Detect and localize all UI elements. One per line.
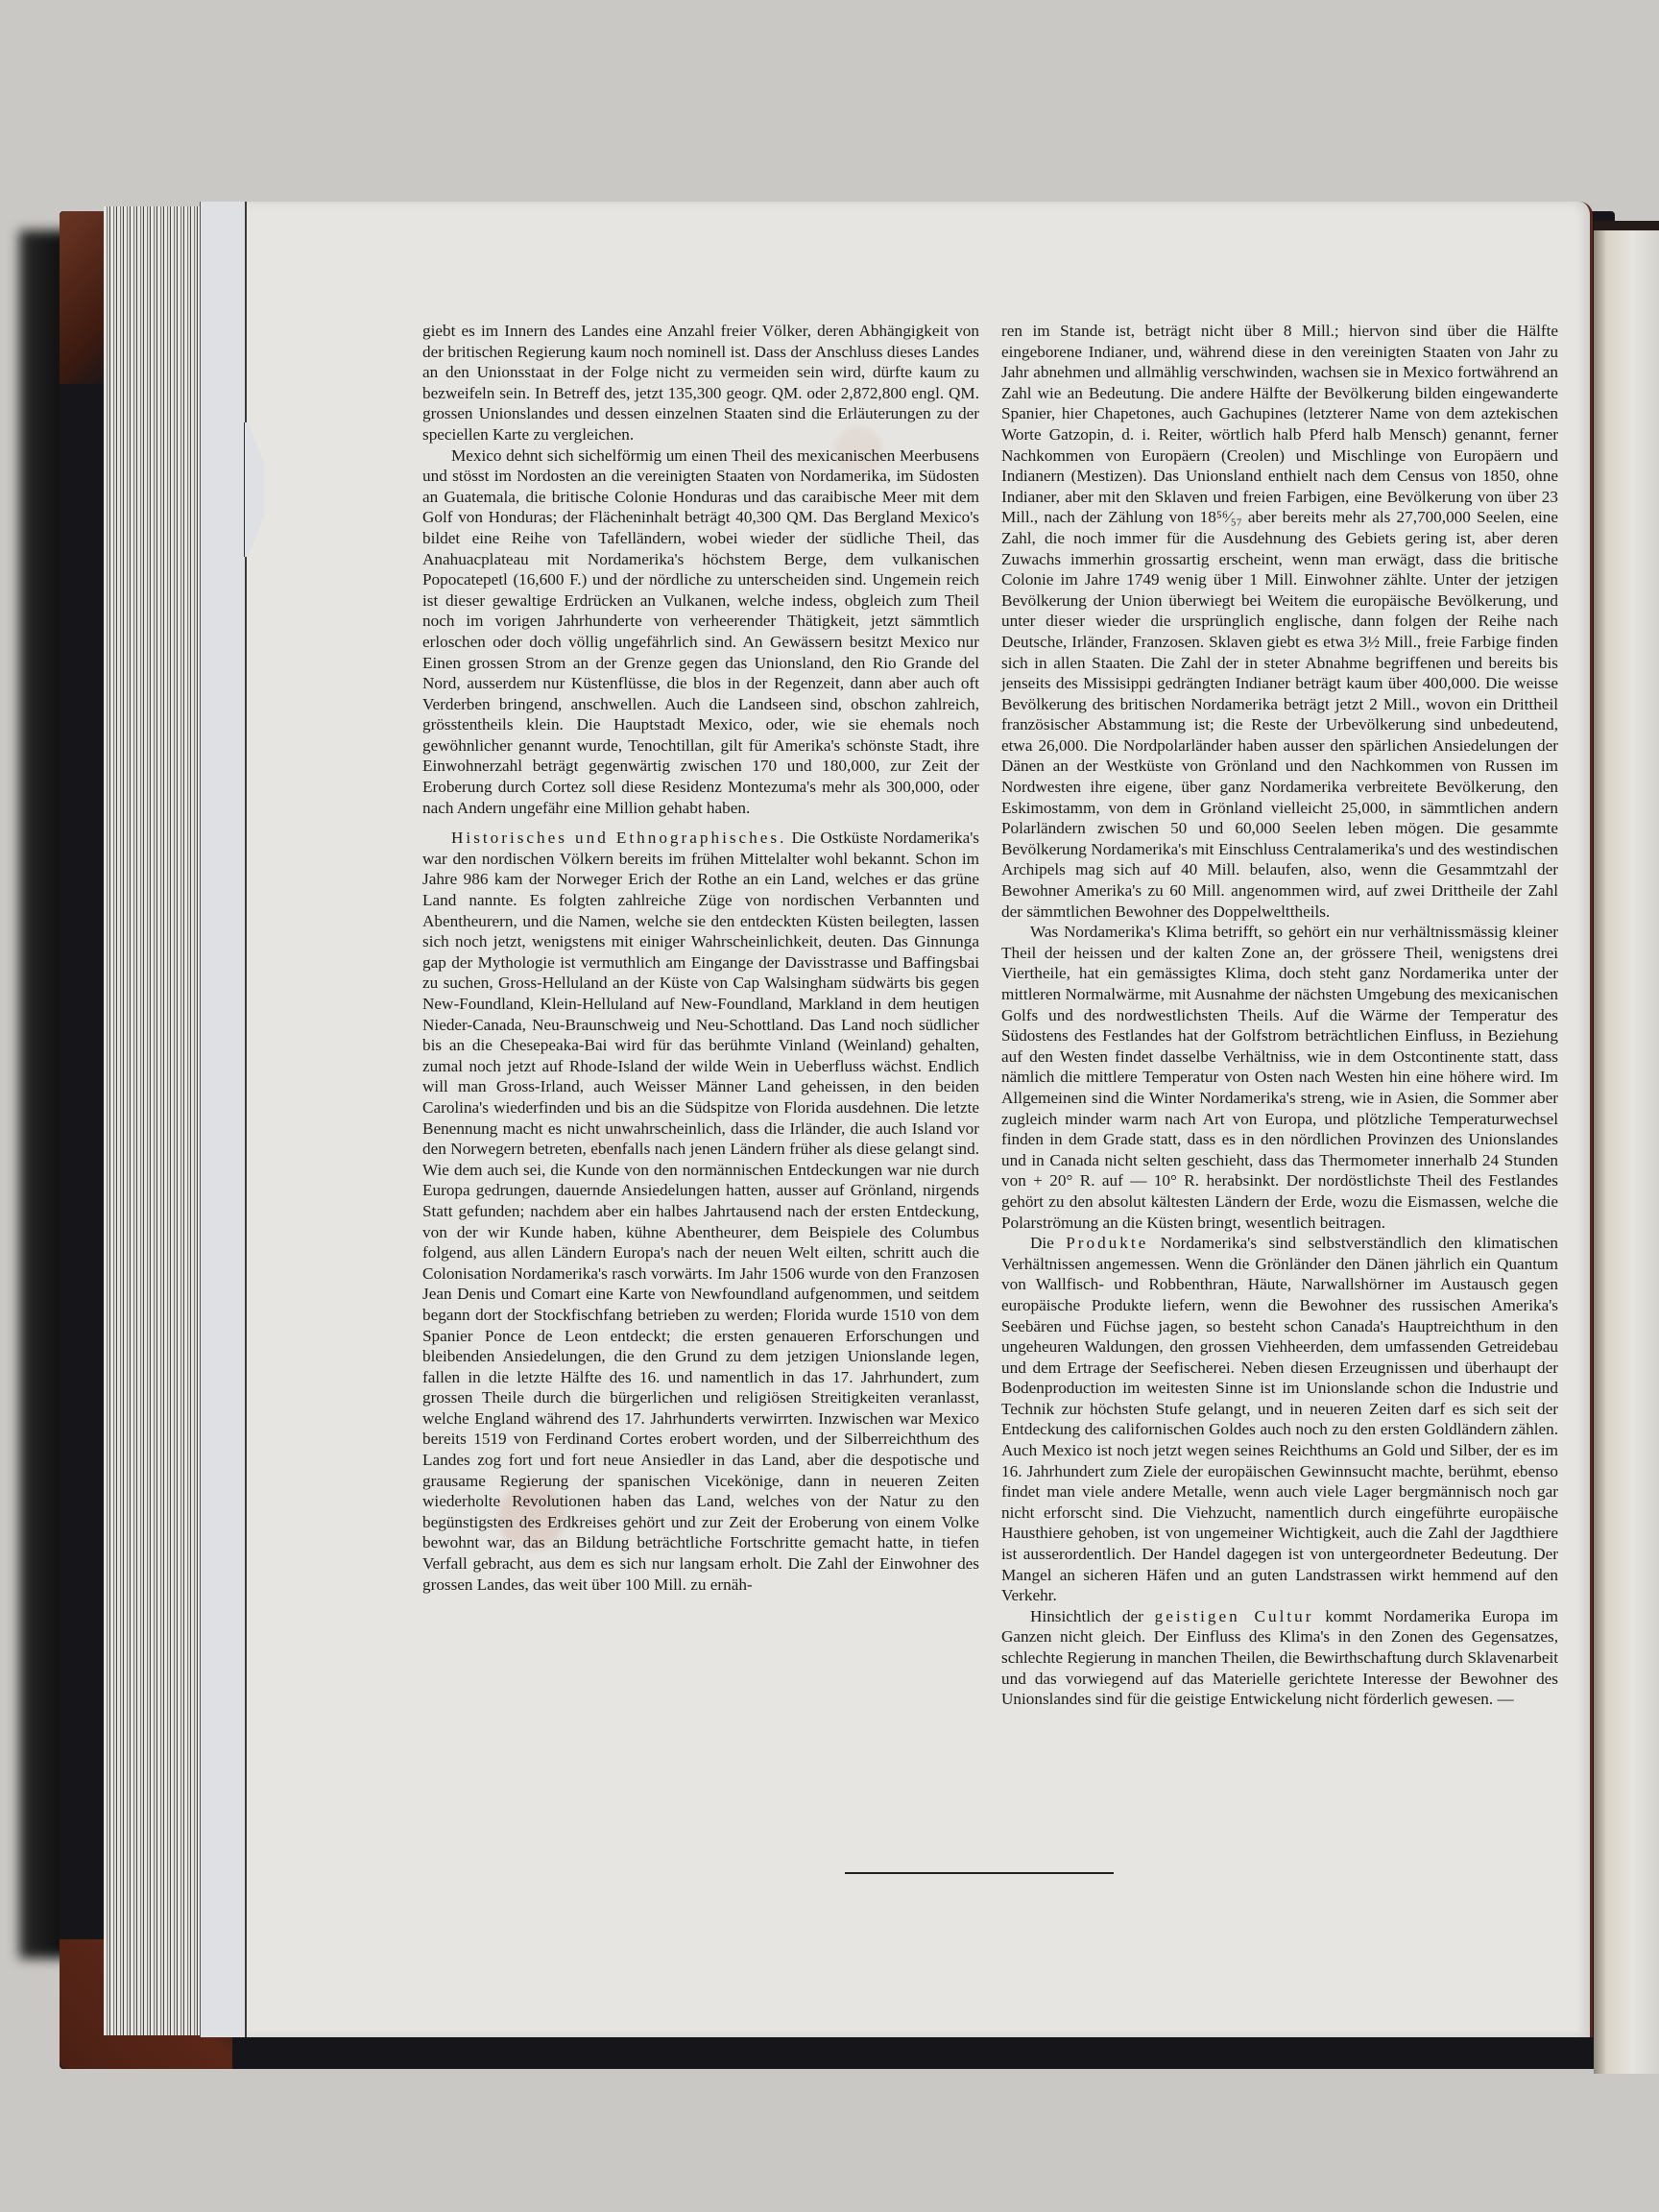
right-text-column: ren im Stande ist, beträgt nicht über 8 …	[1001, 321, 1558, 1710]
section-heading-culture: geistigen Cultur	[1155, 1607, 1314, 1625]
paragraph-history-body: Die Ostküste Nordamerika's war den nordi…	[422, 829, 979, 1593]
inner-page-margin	[200, 202, 247, 2037]
paragraph-products: Die Produkte Nordamerika's sind selbstve…	[1001, 1233, 1558, 1606]
facing-page-edge	[1594, 221, 1659, 2074]
section-heading-products: Produkte	[1066, 1234, 1148, 1252]
end-rule-divider	[845, 1872, 1114, 1874]
page-edges	[104, 206, 200, 2035]
paragraph-mexico: Mexico dehnt sich sichelförmig um einen …	[422, 445, 979, 819]
paragraph-population: ren im Stande ist, beträgt nicht über 8 …	[1001, 321, 1558, 922]
paragraph-products-body: Nordamerika's sind selbstverständlich de…	[1001, 1234, 1558, 1604]
left-text-column: giebt es im Innern des Landes eine Anzah…	[422, 321, 979, 1595]
paragraph-culture: Hinsichtlich der geistigen Cultur kommt …	[1001, 1606, 1558, 1710]
paragraph-history: Historisches und Ethnographisches. Die O…	[422, 828, 979, 1595]
paragraph-climate: Was Nordamerika's Klima betrifft, so geh…	[1001, 922, 1558, 1233]
paragraph-usa-area: giebt es im Innern des Landes eine Anzah…	[422, 321, 979, 445]
paragraph-products-lead: Die	[1030, 1234, 1066, 1252]
paragraph-culture-lead: Hinsichtlich der	[1030, 1607, 1155, 1625]
section-heading-history: Historisches und Ethnographisches.	[451, 829, 786, 847]
